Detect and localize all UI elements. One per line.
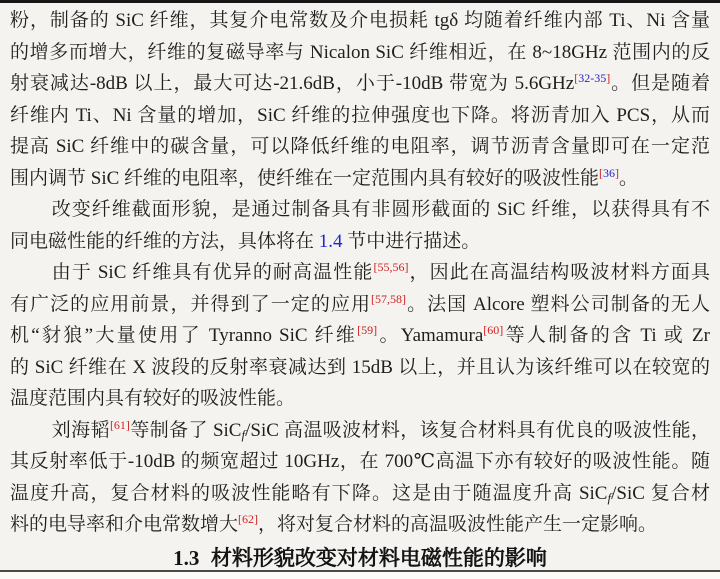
text-run: 温度升高，复合材料的吸波性能略有下降。这是由于随温度升高 SiC (10, 483, 607, 504)
text-run: ，因此在高温结构吸波材料方面具 (408, 262, 710, 283)
text-run: 。Yamamura (377, 325, 483, 346)
text-line: 提高 SiC 纤维中的碳含量，可以降低纤维的电阻率，调节沥青含量即可在一定范 (10, 131, 710, 163)
text-run: 同电磁性能的纤维的方法，具体将在 (10, 231, 319, 252)
text-line: 温度范围内具有较好的吸波性能。 (10, 383, 710, 415)
text-run: 其反射率低于-10dB 的频宽超过 10GHz，在 700℃高温下亦有较好的吸波… (10, 451, 710, 472)
text-run: 的 SiC 纤维在 X 波段的反射率衰减达到 15dB 以上，并且认为该纤维可以… (10, 357, 710, 378)
bottom-strip (0, 572, 720, 579)
text-line: 纤维内 Ti、Ni 含量的增加，SiC 纤维的拉伸强度也下降。将沥青加入 PCS… (10, 100, 710, 132)
text-run: /SiC 复合材 (611, 483, 710, 504)
text-line: 射衰减达-8dB 以上，最大可达-21.6dB，小于-10dB 带宽为 5.6G… (10, 68, 710, 100)
citation-ref[interactable]: 36 (603, 166, 615, 180)
text-run: 等制备了 SiC (130, 420, 242, 441)
section-title: 材料形貌改变对材料电磁性能的影响 (211, 546, 547, 570)
text-line: 有广泛的应用前景，并得到了一定的应用[57,58]。法国 Alcore 塑料公司… (10, 289, 710, 321)
citation-ref[interactable]: [61] (110, 418, 130, 432)
text-run: 由于 SiC 纤维具有优异的耐高温性能 (52, 262, 374, 283)
document-page: 粉，制备的 SiC 纤维，其复介电常数及介电损耗 tgδ 均随着纤维内部 Ti、… (0, 3, 720, 571)
text-line: 由于 SiC 纤维具有优异的耐高温性能[55,56]，因此在高温结构吸波材料方面… (10, 257, 710, 289)
text-line: 刘海韬[61]等制备了 SiCf/SiC 高温吸波材料，该复合材料具有优良的吸波… (10, 415, 710, 447)
citation-ref[interactable]: [60] (483, 323, 503, 337)
text-run: 。法国 Alcore 塑料公司制备的无人 (406, 294, 710, 315)
text-run: 有广泛的应用前景，并得到了一定的应用 (10, 294, 371, 315)
text-line: 机“豺狼”大量使用了 Tyranno SiC 纤维[59]。Yamamura[6… (10, 320, 710, 352)
text-run: 刘海韬 (52, 420, 110, 441)
section-number: 1.3 (173, 546, 199, 570)
text-line: 围内调节 SiC 纤维的电阻率，使纤维在一定范围内具有较好的吸波性能[36]。 (10, 163, 710, 195)
section-link[interactable]: 1.4 (319, 231, 343, 252)
text-run: 改变纤维截面形貌，是通过制备具有非圆形截面的 SiC 纤维，以获得具有不 (52, 199, 710, 220)
text-line: 其反射率低于-10dB 的频宽超过 10GHz，在 700℃高温下亦有较好的吸波… (10, 446, 710, 478)
text-line: 同电磁性能的纤维的方法，具体将在 1.4 节中进行描述。 (10, 226, 710, 258)
text-run: 粉，制备的 SiC 纤维，其复介电常数及介电损耗 tgδ 均随着纤维内部 Ti、… (10, 10, 710, 31)
citation-ref[interactable]: [62] (238, 512, 258, 526)
text-run: 节中进行描述。 (343, 231, 481, 252)
text-run: 等人制备的含 Ti 或 Zr (503, 325, 710, 346)
text-run: 。 (619, 168, 638, 189)
text-run: 提高 SiC 纤维中的碳含量，可以降低纤维的电阻率，调节沥青含量即可在一定范 (10, 136, 710, 157)
citation-ref[interactable]: [59] (357, 323, 377, 337)
text-line: 的 SiC 纤维在 X 波段的反射率衰减达到 15dB 以上，并且认为该纤维可以… (10, 352, 710, 384)
text-run: 。但是随着 (610, 73, 710, 94)
text-run: 温度范围内具有较好的吸波性能。 (10, 388, 295, 409)
text-run: /SiC 高温吸波材料，该复合材料具有优良的吸波性能， (245, 420, 710, 441)
body-text: 粉，制备的 SiC 纤维，其复介电常数及介电损耗 tgδ 均随着纤维内部 Ti、… (10, 5, 710, 541)
citation-ref[interactable]: [57,58] (371, 292, 406, 306)
text-run: ，将对复合材料的高温吸波性能产生一定影响。 (258, 514, 657, 535)
text-run: 纤维内 Ti、Ni 含量的增加，SiC 纤维的拉伸强度也下降。将沥青加入 PCS… (10, 105, 710, 126)
text-run: 围内调节 SiC 纤维的电阻率，使纤维在一定范围内具有较好的吸波性能 (10, 168, 599, 189)
text-run: 机“豺狼”大量使用了 Tyranno SiC 纤维 (10, 325, 357, 346)
text-line: 改变纤维截面形貌，是通过制备具有非圆形截面的 SiC 纤维，以获得具有不 (10, 194, 710, 226)
text-line: 温度升高，复合材料的吸波性能略有下降。这是由于随温度升高 SiCf/SiC 复合… (10, 478, 710, 510)
citation-ref[interactable]: [55,56] (373, 260, 408, 274)
text-run: 的增多而增大，纤维的复磁导率与 Nicalon SiC 纤维相近，在 8~18G… (10, 42, 710, 63)
text-line: 的增多而增大，纤维的复磁导率与 Nicalon SiC 纤维相近，在 8~18G… (10, 37, 710, 69)
text-run: 射衰减达-8dB 以上，最大可达-21.6dB，小于-10dB 带宽为 5.6G… (10, 73, 574, 94)
section-heading: 1.3材料形貌改变对材料电磁性能的影响 (10, 545, 710, 571)
citation-ref[interactable]: 32-35 (578, 71, 606, 85)
text-run: 料的电导率和介电常数增大 (10, 514, 238, 535)
text-line: 料的电导率和介电常数增大[62]，将对复合材料的高温吸波性能产生一定影响。 (10, 509, 710, 541)
text-line: 粉，制备的 SiC 纤维，其复介电常数及介电损耗 tgδ 均随着纤维内部 Ti、… (10, 5, 710, 37)
